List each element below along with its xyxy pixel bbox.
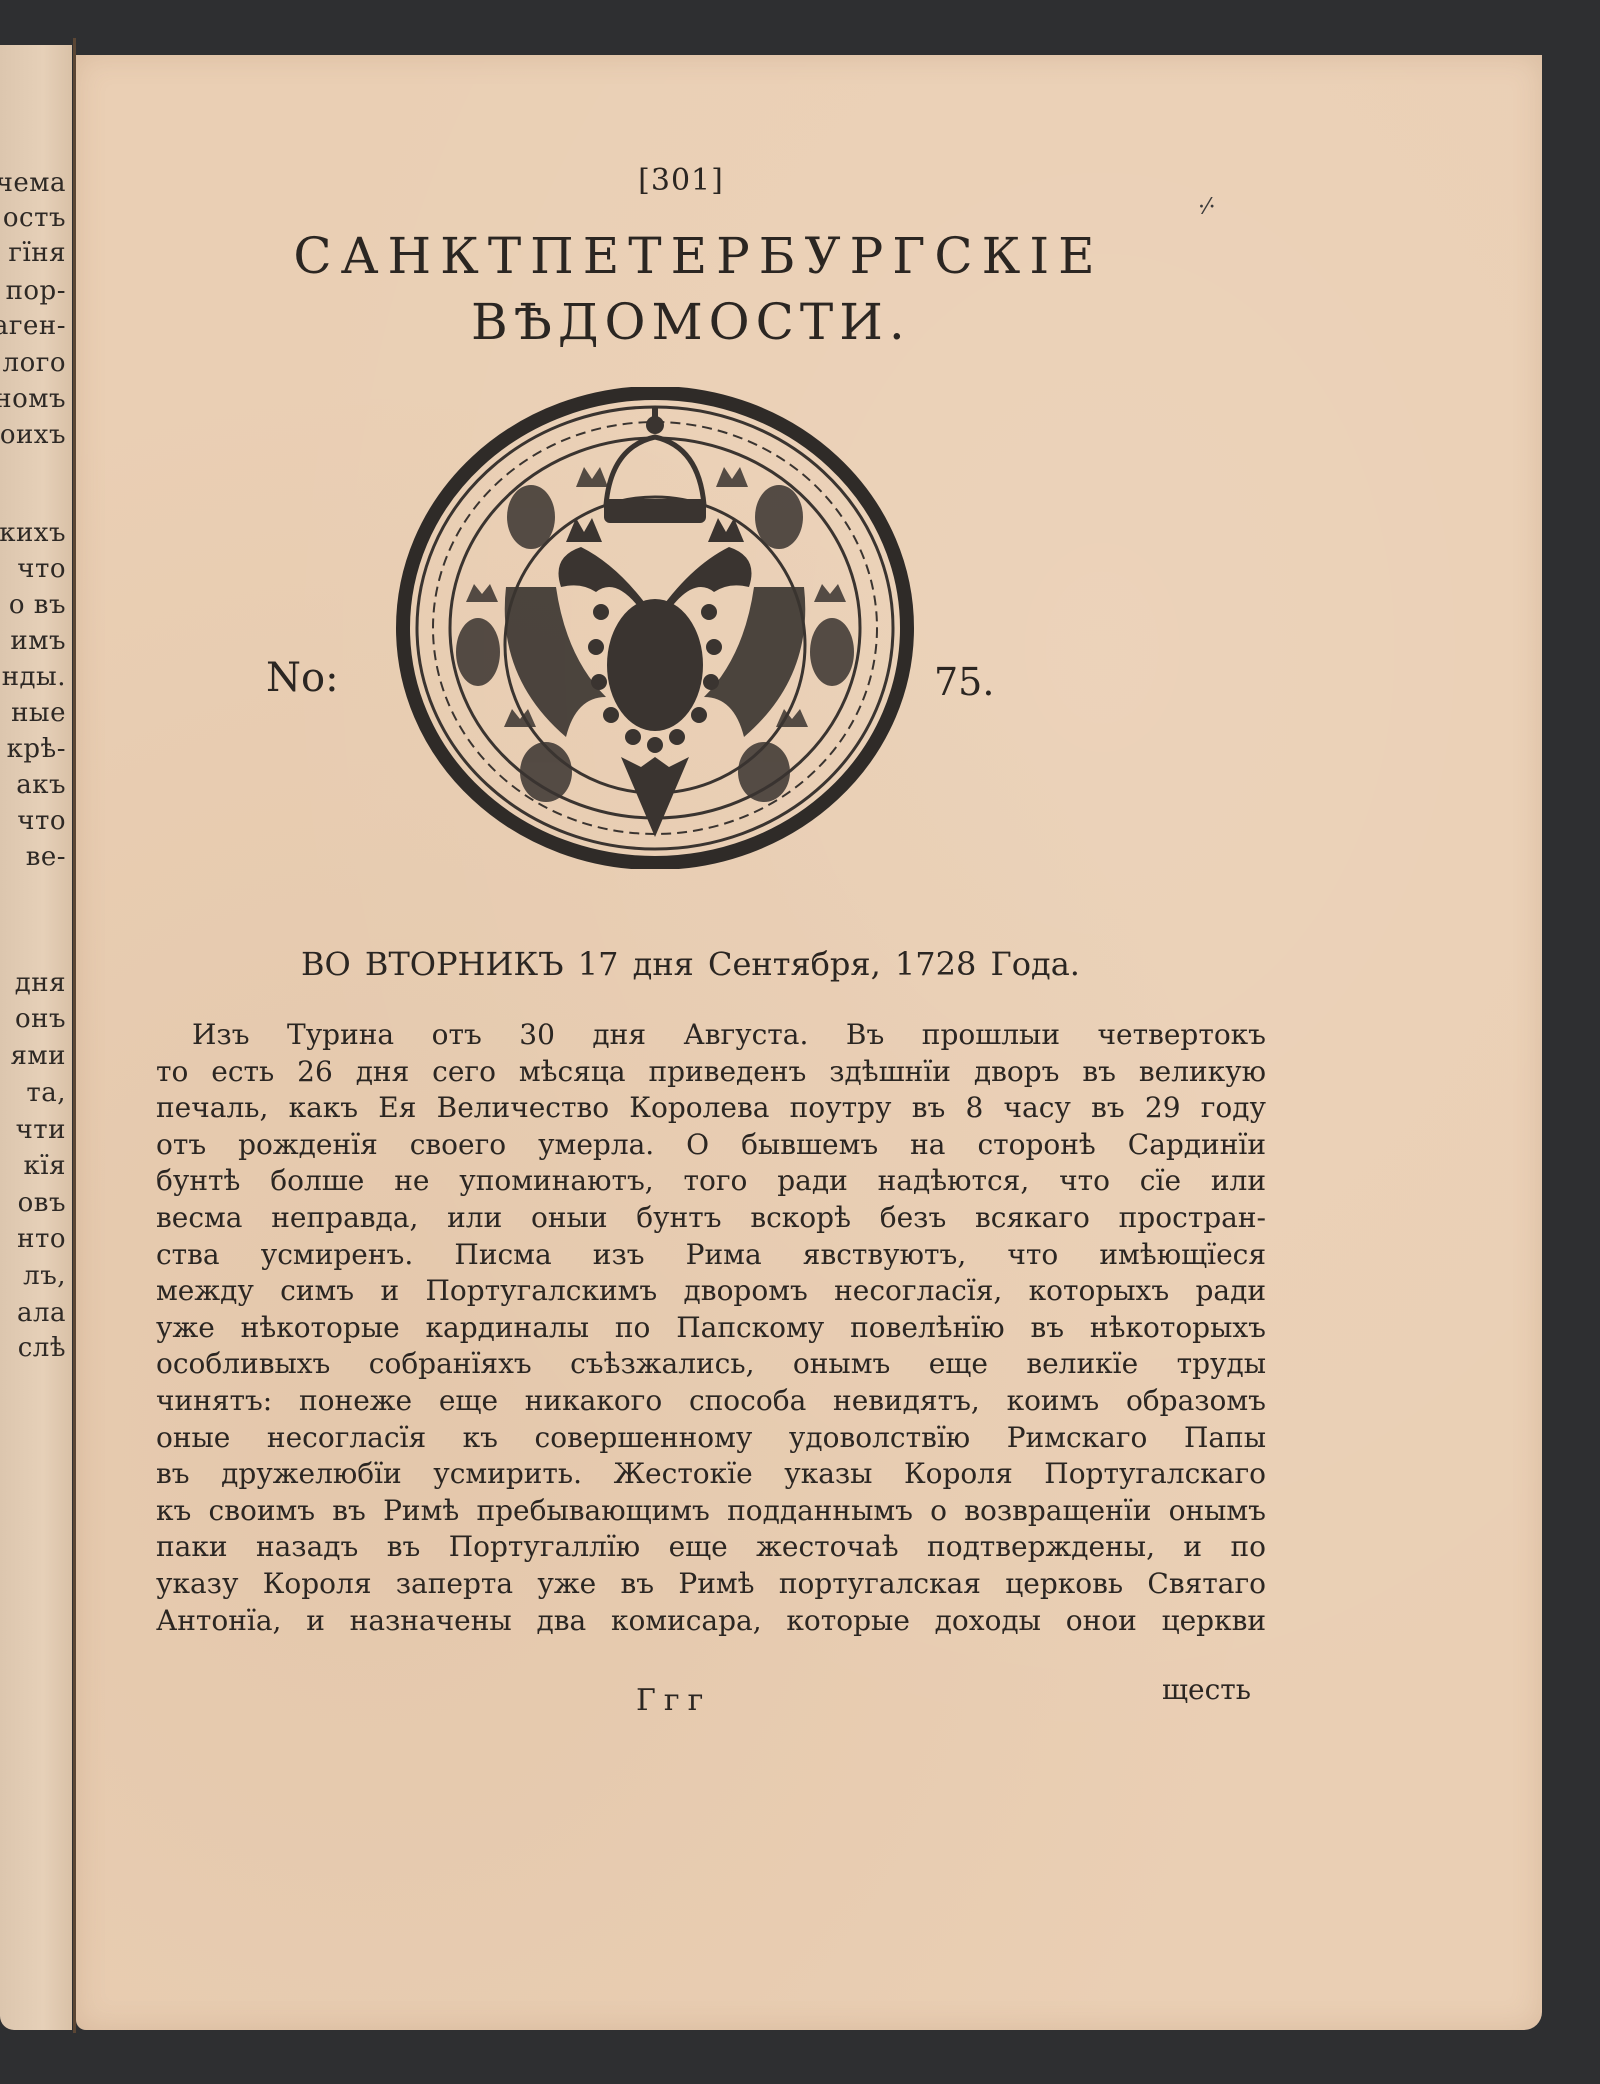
issue-number: 75. bbox=[934, 660, 994, 704]
date-line: ВО ВТОРНИКЪ 17 дня Сентября, 1728 Года. bbox=[301, 945, 1101, 983]
ink-blot-mark: ·⁄· bbox=[1198, 195, 1216, 220]
article-line: Антонїа, и назначены два комисара, котор… bbox=[156, 1603, 1266, 1640]
article-line: весма неправда, или оныи бунтъ вскорѣ бе… bbox=[156, 1200, 1266, 1237]
previous-page-text-fragment: лого bbox=[3, 350, 66, 376]
previous-page-text-fragment: та, bbox=[26, 1080, 66, 1106]
article-line: къ своимъ въ Римѣ пребывающимъ подданным… bbox=[156, 1493, 1266, 1530]
article-body: Изъ Турина отъ 30 дня Августа. Въ прошлы… bbox=[156, 1017, 1266, 1639]
article-line: между симъ и Португалскимъ дворомъ несог… bbox=[156, 1273, 1266, 1310]
previous-page-text-fragment: дня bbox=[15, 970, 66, 996]
article-line: то есть 26 дня сего мѣсяца приведенъ здѣ… bbox=[156, 1054, 1266, 1091]
previous-page-text-fragment: кихъ bbox=[0, 520, 66, 546]
article-line: указу Короля заперта уже въ Римѣ португа… bbox=[156, 1566, 1266, 1603]
article-line: Изъ Турина отъ 30 дня Августа. Въ прошлы… bbox=[156, 1017, 1266, 1054]
article-line: печаль, какъ Ея Величество Королева поут… bbox=[156, 1090, 1266, 1127]
article-line: особливыхъ собранїяхъ съѣзжались, онымъ … bbox=[156, 1346, 1266, 1383]
newspaper-page: ·⁄· [301] САНКТПЕТЕРБУРГСКІЕ ВѢДОМОСТИ. … bbox=[76, 55, 1542, 2030]
previous-page-text-fragment: овъ bbox=[18, 1190, 66, 1216]
previous-page-edge: чемаостъгїняпор-аген-логономъоихъкихъчто… bbox=[0, 45, 72, 2030]
previous-page-text-fragment: пор- bbox=[6, 278, 66, 304]
previous-page-text-fragment: ями bbox=[11, 1043, 66, 1069]
previous-page-text-fragment: аген- bbox=[0, 313, 66, 339]
previous-page-text-fragment: что bbox=[17, 556, 66, 582]
article-line: въ дружелюбїи усмирить. Жестокїе указы К… bbox=[156, 1456, 1266, 1493]
signature-mark: Ггг bbox=[636, 1683, 711, 1718]
previous-page-text-fragment: ве- bbox=[26, 844, 66, 870]
previous-page-text-fragment: акъ bbox=[16, 772, 66, 798]
article-line: паки назадъ въ Португаллїю еще жесточаѣ … bbox=[156, 1529, 1266, 1566]
previous-page-text-fragment: чти bbox=[16, 1117, 66, 1143]
previous-page-text-fragment: чема bbox=[0, 170, 66, 196]
issue-label: No: bbox=[266, 655, 339, 701]
catchword: щесть bbox=[1162, 1673, 1251, 1706]
previous-page-text-fragment: о въ bbox=[9, 592, 66, 618]
page-number: [301] bbox=[636, 163, 726, 198]
previous-page-text-fragment: остъ bbox=[3, 205, 66, 231]
previous-page-text-fragment: нды. bbox=[2, 664, 66, 690]
previous-page-text-fragment: имъ bbox=[10, 628, 66, 654]
previous-page-text-fragment: крѣ- bbox=[7, 736, 66, 762]
article-line: чинятъ: понеже еще никакого способа неви… bbox=[156, 1383, 1266, 1420]
masthead-title-line1: САНКТПЕТЕРБУРГСКІЕ bbox=[271, 227, 1126, 285]
previous-page-text-fragment: оихъ bbox=[0, 422, 66, 448]
previous-page-text-fragment: слѣ bbox=[18, 1335, 66, 1361]
article-line: оные несогласїя къ совершенному удоволст… bbox=[156, 1420, 1266, 1457]
article-line: бунтѣ болше не упоминаютъ, того ради над… bbox=[156, 1163, 1266, 1200]
previous-page-text-fragment: что bbox=[17, 808, 66, 834]
previous-page-text-fragment: номъ bbox=[0, 386, 66, 412]
article-line: ства усмиренъ. Писма изъ Рима явствуютъ,… bbox=[156, 1237, 1266, 1274]
article-line: уже нѣкоторые кардиналы по Папскому пове… bbox=[156, 1310, 1266, 1347]
previous-page-text-fragment: ные bbox=[11, 700, 66, 726]
previous-page-text-fragment: ала bbox=[17, 1300, 66, 1326]
imperial-eagle-seal-icon bbox=[396, 387, 914, 869]
previous-page-text-fragment: онъ bbox=[15, 1006, 66, 1032]
previous-page-text-fragment: кїя bbox=[24, 1153, 66, 1179]
previous-page-text-fragment: лъ, bbox=[23, 1263, 66, 1289]
article-line: отъ рожденїя своего умерла. О бывшемъ на… bbox=[156, 1127, 1266, 1164]
previous-page-text-fragment: гїня bbox=[8, 240, 66, 266]
masthead-title-line2: ВѢДОМОСТИ. bbox=[471, 293, 891, 351]
previous-page-text-fragment: нто bbox=[17, 1226, 66, 1252]
